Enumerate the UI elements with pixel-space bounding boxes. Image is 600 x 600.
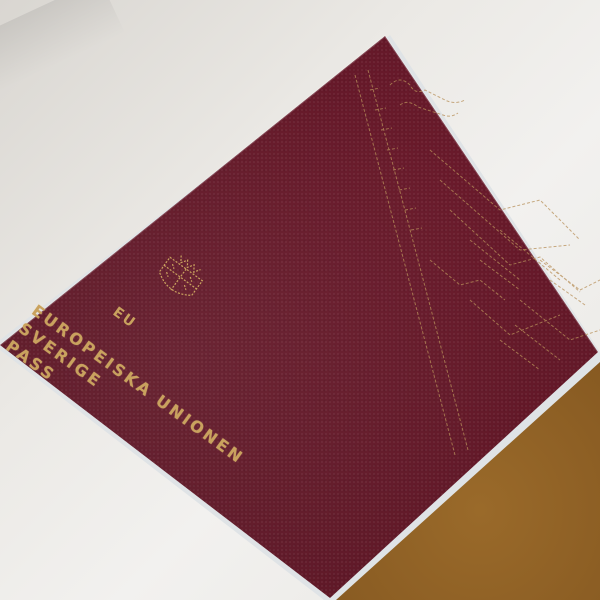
building-illustration-icon <box>0 0 600 600</box>
